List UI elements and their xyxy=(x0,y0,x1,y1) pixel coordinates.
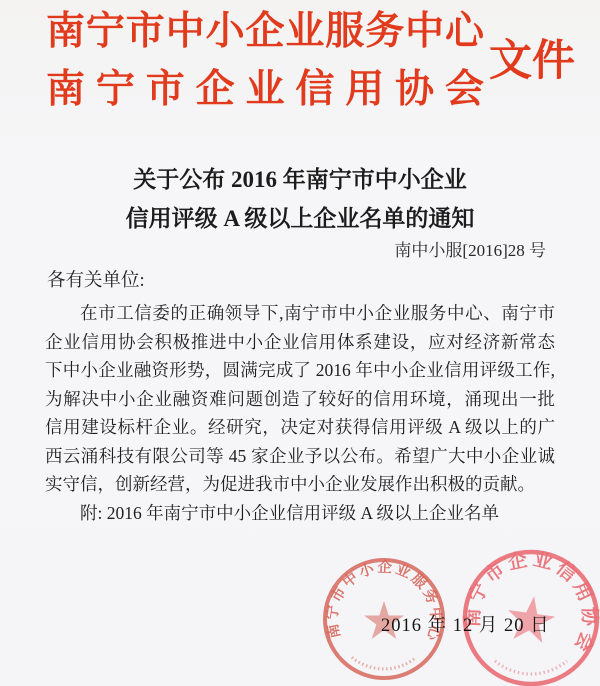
salutation: 各有关单位: xyxy=(47,268,145,294)
document-title-line-1: 关于公布 2016 年南宁市中小企业 xyxy=(0,160,600,199)
letterhead-org-line-2: 南宁市企业信用协会 xyxy=(46,67,484,113)
body-line: 实守信，创新经营，为促进我市中小企业发展作出积极的贡献。 xyxy=(45,470,555,499)
letterhead-document-label: 文件 xyxy=(489,37,575,85)
body-line: 企业信用协会积极推进中小企业信用体系建设，应对经济新常态 xyxy=(45,328,555,357)
body-line: 在市工信委的正确领导下,南宁市中小企业服务中心、南宁市 xyxy=(45,299,555,328)
document-title: 关于公布 2016 年南宁市中小企业 信用评级 A 级以上企业名单的通知 xyxy=(0,160,600,238)
body-line: 为解决中小企业融资难问题创造了较好的信用环境，涌现出一批 xyxy=(45,385,555,414)
issue-date: 2016 年 12 月 20 日 xyxy=(381,613,550,639)
body-line: 西云涌科技有限公司等 45 家企业予以公布。希望广大中小企业诚 xyxy=(45,442,555,471)
body-line: 信用建设标杆企业。经研究，决定对获得信用评级 A 级以上的广 xyxy=(45,413,555,442)
document-title-line-2: 信用评级 A 级以上企业名单的通知 xyxy=(0,199,600,238)
letterhead-org-line-1: 南宁市中小企业服务中心 xyxy=(46,9,484,55)
seal-bottom-code-marks xyxy=(495,661,567,674)
body-paragraph: 在市工信委的正确领导下,南宁市中小企业服务中心、南宁市 企业信用协会积极推进中小… xyxy=(45,299,555,499)
document-number: 南中小服[2016]28 号 xyxy=(394,240,546,262)
seal-bottom-code-marks xyxy=(352,657,416,669)
scanned-official-document: 南宁市中小企业服务中心 南宁市企业信用协会 文件 关于公布 2016 年南宁市中… xyxy=(0,0,600,686)
body-line: 下中小企业融资形势，圆满完成了 2016 年中小企业信用评级工作, xyxy=(45,356,555,385)
attachment-note: 附: 2016 年南宁市中小企业信用评级 A 级以上企业名单 xyxy=(45,500,565,526)
